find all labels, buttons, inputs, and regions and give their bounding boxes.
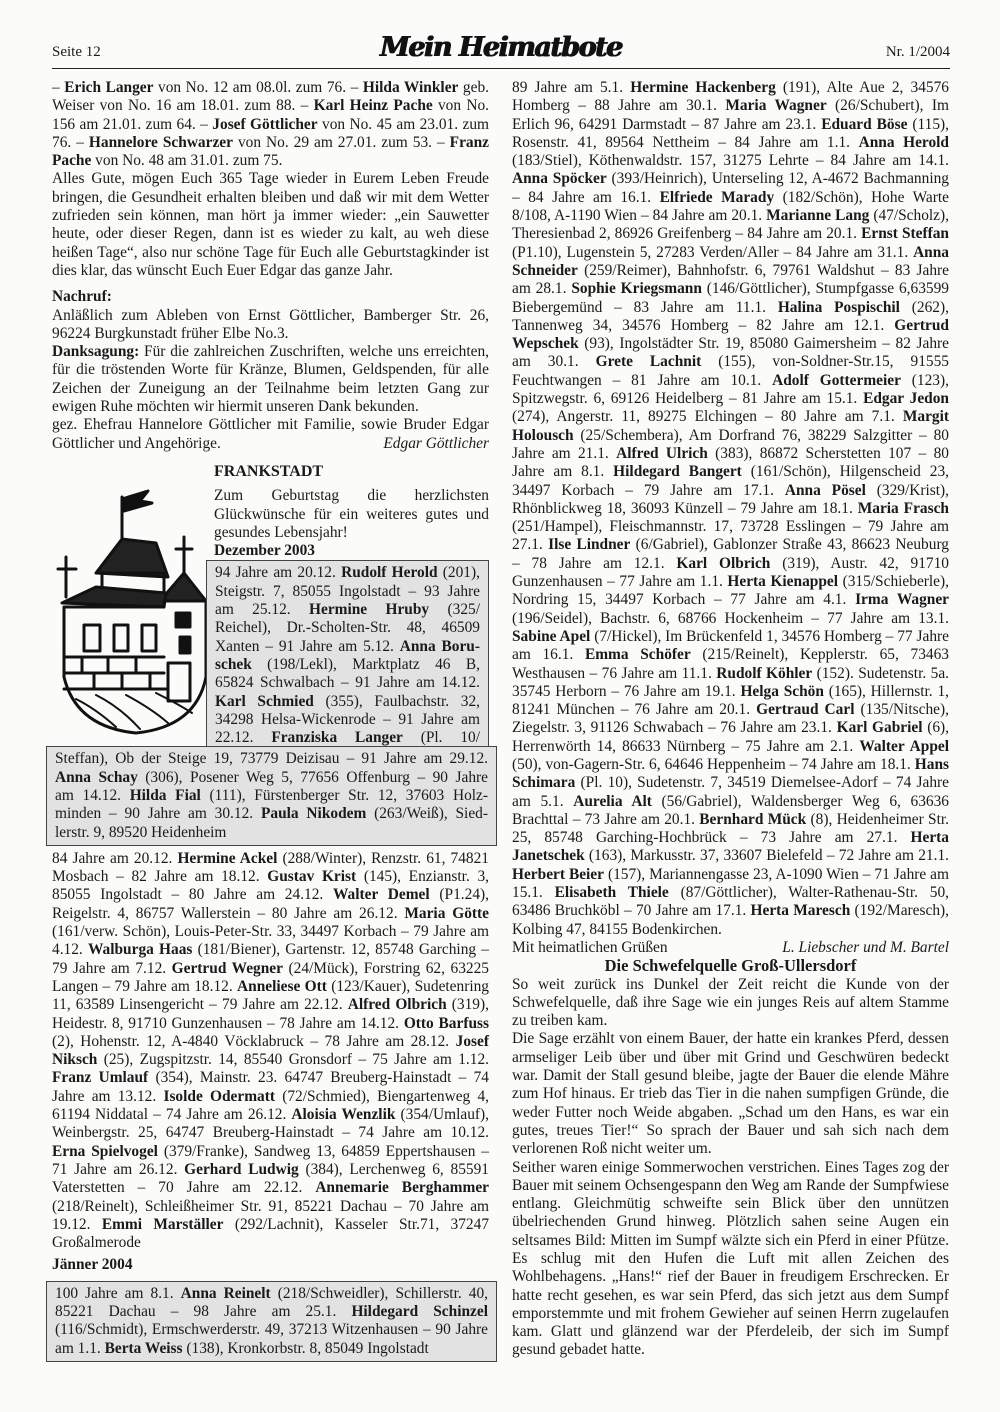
person-name: Erich Langer [64,79,153,96]
person-name: Hermine Hruby [309,601,429,618]
right-column: 89 Jahre am 5.1. Hermine Hackenberg (191… [512,79,949,1360]
closing-signature: L. Liebscher und M. Bartel [782,939,949,957]
birthday-box-january: 100 Jahre am 8.1. Anna Reinelt (218/Schw… [46,1281,497,1362]
box-line: 22.12. Franziska Langer (Pl. 10/ [215,729,480,747]
person-name: Eduard Böse [821,116,907,133]
newspaper-masthead: Mein Heimatbote [380,32,622,63]
person-name: Rudolf Köhler [716,665,812,682]
person-name: Franziska Langer [271,729,403,746]
person-name: Bernhard Mück [699,811,806,828]
person-name: Hilda Fial [130,787,201,804]
person-name: Anna Pösel [785,482,866,499]
birthday-box-narrow: 94 Jahre am 20.12. Rudolf Herold (201),S… [206,560,489,747]
obituary-heading: Nachruf: [52,288,489,306]
person-name: Hilda Winkler [363,79,459,96]
frankstadt-intro: Zum Geburtstag die herzlichsten Glückwün… [214,487,489,542]
closing-greeting: Mit heimatlichen Grüßen [512,939,668,957]
person-name: Walburga Haas [88,941,192,958]
obituary-text: Anläßlich zum Ableben von Ernst Göttlich… [52,307,489,344]
person-name: Emmi Marställer [102,1216,224,1233]
person-name: Sabine Apel [512,628,590,645]
person-name: schek [215,656,252,673]
person-name: Herta Maresch [751,902,851,919]
person-name: Berta Weiss [105,1340,183,1357]
person-name: Gertraud Carl [756,701,854,718]
person-name: Anna Spöcker [512,170,607,187]
frankstadt-section: FRANKSTADT Zum Geburtstag die herzlichst… [52,463,489,1362]
person-name: Hildegard Schinzel [351,1303,488,1320]
person-name: Karl Olbrich [676,555,770,572]
person-name: Maria Frasch [858,500,949,517]
person-name: Elfriede Marady [660,189,775,206]
person-name: Maria Götte [404,905,489,922]
box-line: schek (198/Lekl), Marktplatz 46 B, [215,656,480,674]
person-name: Helga Schön [740,683,823,700]
person-name: Otto Barfuss [404,1015,489,1032]
article-paragraph-1: So weit zurück ins Dunkel der Zeit reich… [512,976,949,1031]
person-name: Hans Schimara [512,756,949,791]
box-line: lerstr. 9, 89520 Heidenheim [55,824,488,842]
person-name: Alfred Ulrich [616,445,708,462]
person-name: Anna Boru- [400,638,480,655]
box-line: minden – 90 Jahre am 30.12. Paula Nikode… [55,805,488,823]
person-name: Hermine Hackenberg [630,79,776,96]
person-name: Annemarie Berghammer [315,1179,489,1196]
person-name: Aurelia Alt [573,793,652,810]
person-name: Josef Niksch [52,1033,489,1068]
person-name: Hildegard Bangert [613,463,742,480]
signature: Edgar Göttlicher [383,435,489,453]
frankstadt-intro-block: FRANKSTADT Zum Geburtstag die herzlichst… [214,463,489,560]
acknowledgement-paragraph: Danksagung: Für die zahlreichen Zuschrif… [52,343,489,416]
person-name: Halina Pospischil [778,299,900,316]
box-line: 65824 Schwalbach – 91 Jahre am 14.12. [215,674,480,692]
left-column: – Erich Langer von No. 12 am 08.0l. zum … [52,79,489,1362]
box-line: Steigstr. 7, 85055 Ingolstadt – 93 Jahre [215,583,480,601]
issue-number: Nr. 1/2004 [886,44,950,61]
person-name: Gustav Krist [267,868,356,885]
box-line: Steffan), Ob der Steige 19, 73779 Deizis… [55,750,488,768]
person-name: Karl Heinz Pache [314,97,433,114]
person-name: Walter Demel [333,886,430,903]
person-name: Anna Reinelt [181,1285,271,1302]
box-line: am 25.12. Hermine Hruby (325/ [215,601,480,619]
person-name: Anna Schay [55,769,138,786]
person-name: Hannelore Schwarzer [89,134,233,151]
person-name: Maria Wagner [725,97,826,114]
greeting-paragraph: Alles Gute, mögen Euch 365 Tage wieder i… [52,170,489,280]
person-name: Grete Lachnit [596,353,702,370]
box-line: 94 Jahre am 20.12. Rudolf Herold (201), [215,564,480,582]
article-title: Die Schwefelquelle Groß-Ullersdorf [512,957,949,975]
box-line: am 14.12. Hilda Fial (111), Fürstenberge… [55,787,488,805]
january-top-birthdays: 100 Jahre am 8.1. Anna Reinelt (218/Schw… [55,1285,488,1358]
box-line: Karl Schmied (355), Faulbachstr. 32, [215,693,480,711]
box-line: Anna Schay (306), Posener Weg 5, 77656 O… [55,769,488,787]
person-name: Sophie Kriegsmann [571,280,702,297]
page-header: Seite 12 Mein Heimatbote Nr. 1/2004 [52,38,950,69]
person-name: Irma Wagner [855,591,949,608]
birthday-box-wide: Steffan), Ob der Steige 19, 73779 Deizis… [46,746,497,845]
section-heading-frankstadt: FRANKSTADT [214,463,489,481]
person-name: Walter Appel [859,738,949,755]
closing-line: Mit heimatlichen Grüßen L. Liebscher und… [512,939,949,957]
person-name: Ilse Lindner [548,536,630,553]
birthday-box-december: 94 Jahre am 20.12. Rudolf Herold (201),S… [52,560,489,845]
person-name: Erna Spielvogel [52,1143,158,1160]
january-birthdays: 89 Jahre am 5.1. Hermine Hackenberg (191… [512,79,949,939]
birthday-list-intro: – Erich Langer von No. 12 am 08.0l. zum … [52,79,489,170]
article-paragraph-2: Die Sage erzählt von einem Bauer, der ha… [512,1030,949,1158]
person-name: Gertrud Wegner [172,960,283,977]
person-name: Edgar Jedon [863,390,949,407]
person-name: Herbert Beier [512,866,604,883]
person-name: Hermine Ackel [177,850,277,867]
person-name: Marianne Lang [766,207,869,224]
person-name: Rudolf Herold [341,564,437,581]
person-name: Emma Schöfer [585,646,691,663]
box-line: 34298 Helsa-Wickenrode – 91 Jahre am [215,711,480,729]
month-heading-december: Dezember 2003 [214,542,489,560]
person-name: Gertrud Wepschek [512,317,949,352]
person-name: Aloisia Wenzlik [291,1106,395,1123]
person-name: Elisabeth Thiele [555,884,669,901]
person-name: Karl Gabriel [837,719,923,736]
person-name: Anneliese Ott [237,978,327,995]
person-name: Karl Schmied [215,693,314,710]
person-name: Ernst Steffan [861,225,949,242]
page-number: Seite 12 [52,44,101,61]
box-line: Reichel), Dr.-Scholten-Str. 48, 46509 [215,619,480,637]
person-name: Franz Umlauf [52,1069,148,1086]
person-name: Paula Nikodem [261,805,366,822]
month-heading-january: Jänner 2004 [52,1256,489,1274]
december-birthdays: 84 Jahre am 20.12. Hermine Ackel (288/Wi… [52,850,489,1253]
person-name: Herta Janetschek [512,829,949,864]
person-name: Herta Kienappel [727,573,838,590]
acknowledgement-label: Danksagung: [52,343,139,360]
person-name: Isolde Odermatt [163,1088,275,1105]
person-name: Adolf Gottermeier [772,372,901,389]
person-name: Josef Göttlicher [212,116,317,133]
person-name: Anna Herold [859,134,949,151]
article-paragraph-3: Seither waren einige Sommerwochen verstr… [512,1159,949,1360]
person-name: Alfred Olbrich [348,996,447,1013]
box-line: Xanten – 91 Jahre am 5.12. Anna Boru- [215,638,480,656]
person-name: Margit Holousch [512,408,949,443]
person-name: Gerhard Ludwig [184,1161,299,1178]
person-name: Anna Schneider [512,244,949,279]
